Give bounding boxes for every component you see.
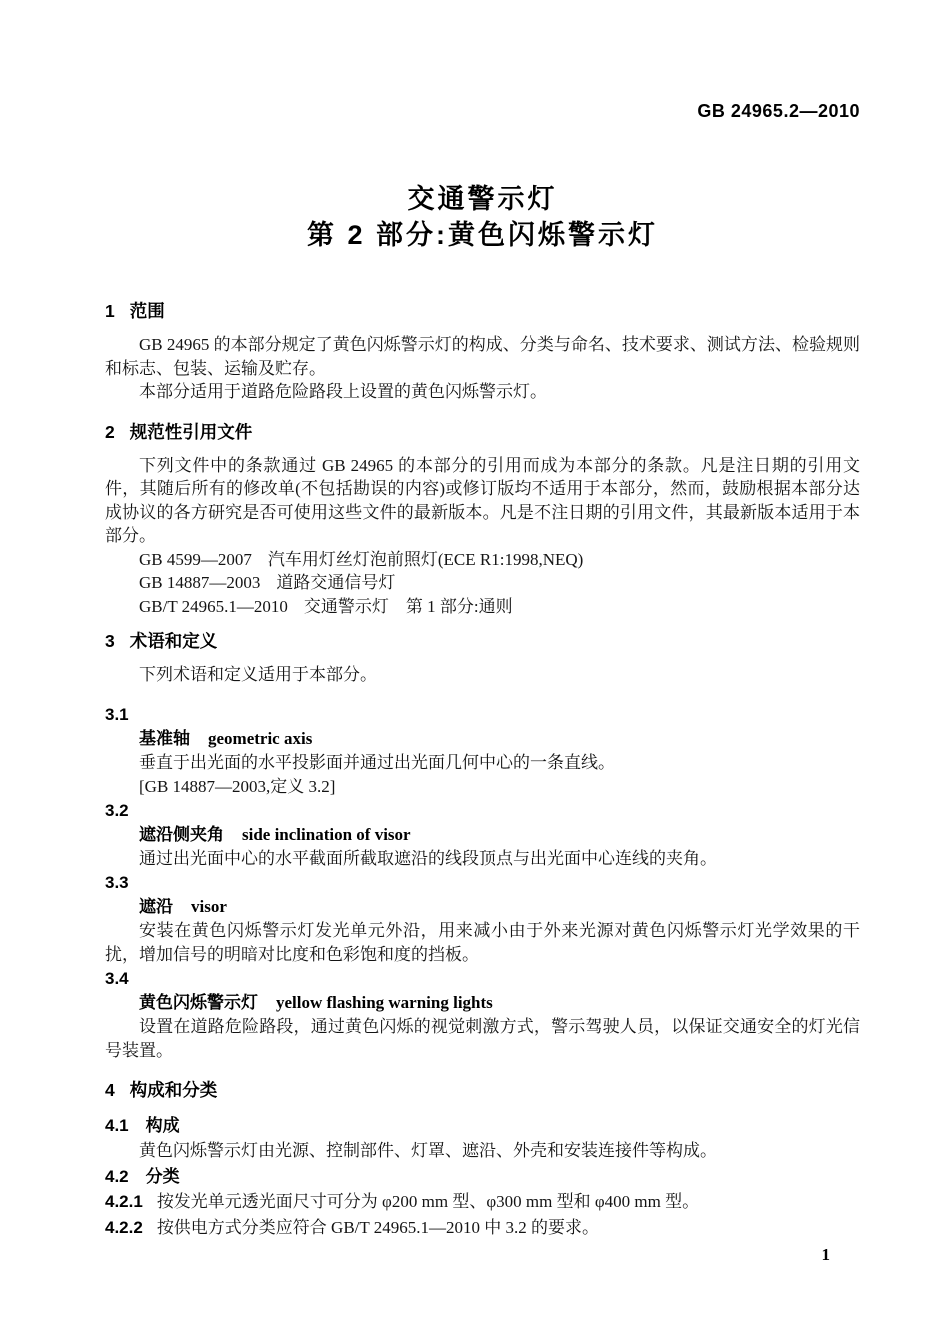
term-source: [GB 14887—2003,定义 3.2] xyxy=(105,775,860,799)
section-1-title: 范围 xyxy=(130,301,165,321)
term-line: 遮沿侧夹角side inclination of visor xyxy=(105,823,860,847)
subsection-4-1-number: 4.1 xyxy=(105,1116,129,1135)
reference-name: 交通警示灯 第 1 部分:通则 xyxy=(304,597,513,616)
section-3-intro: 下列术语和定义适用于本部分。 xyxy=(105,663,860,687)
clause-number: 4.2.1 xyxy=(105,1192,143,1211)
term-english: visor xyxy=(191,897,227,916)
term-line: 遮沿visor xyxy=(105,895,860,919)
term-number: 3.4 xyxy=(105,967,860,991)
clause-number: 4.2.2 xyxy=(105,1218,143,1237)
term-line: 基准轴geometric axis xyxy=(105,727,860,751)
term-definition: 设置在道路危险路段，通过黄色闪烁的视觉刺激方式，警示驾驶人员，以保证交通安全的灯… xyxy=(105,1015,860,1063)
section-2-heading: 2规范性引用文件 xyxy=(105,421,860,443)
reference-name: 道路交通信号灯 xyxy=(276,573,395,592)
term-definition: 安装在黄色闪烁警示灯发光单元外沿，用来减小由于外来光源对黄色闪烁警示灯光学效果的… xyxy=(105,919,860,967)
term-line: 黄色闪烁警示灯yellow flashing warning lights xyxy=(105,991,860,1015)
section-2-number: 2 xyxy=(105,422,115,442)
section-3-number: 3 xyxy=(105,631,115,651)
normative-reference-item: GB 14887—2003道路交通信号灯 xyxy=(105,571,860,595)
reference-code: GB/T 24965.1—2010 xyxy=(139,597,288,616)
document-title-line1: 交通警示灯 xyxy=(105,182,860,216)
term-entry-3-3: 3.3 遮沿visor 安装在黄色闪烁警示灯发光单元外沿，用来减小由于外来光源对… xyxy=(105,871,860,967)
term-chinese: 黄色闪烁警示灯 xyxy=(139,993,258,1012)
section-3-heading: 3术语和定义 xyxy=(105,630,860,652)
subsection-4-2-number: 4.2 xyxy=(105,1167,129,1186)
term-english: yellow flashing warning lights xyxy=(276,993,493,1012)
term-definition: 通过出光面中心的水平截面所截取遮沿的线段顶点与出光面中心连线的夹角。 xyxy=(105,847,860,871)
subsection-4-1-paragraph: 黄色闪烁警示灯由光源、控制部件、灯罩、遮沿、外壳和安装连接件等构成。 xyxy=(105,1139,860,1163)
reference-name: 汽车用灯丝灯泡前照灯(ECE R1:1998,NEQ) xyxy=(268,550,583,569)
standard-document-page: GB 24965.2—2010 交通警示灯 第 2 部分:黄色闪烁警示灯 1范围… xyxy=(0,0,950,1344)
page-number: 1 xyxy=(105,1243,860,1266)
section-1-paragraph-2: 本部分适用于道路危险路段上设置的黄色闪烁警示灯。 xyxy=(105,380,860,404)
term-entry-3-4: 3.4 黄色闪烁警示灯yellow flashing warning light… xyxy=(105,967,860,1063)
clause-4-2-2: 4.2.2按供电方式分类应符合 GB/T 24965.1—2010 中 3.2 … xyxy=(105,1216,860,1240)
term-chinese: 遮沿侧夹角 xyxy=(139,825,224,844)
clause-text: 按供电方式分类应符合 GB/T 24965.1—2010 中 3.2 的要求。 xyxy=(157,1218,599,1237)
term-number: 3.2 xyxy=(105,799,860,823)
section-1-paragraph-1: GB 24965 的本部分规定了黄色闪烁警示灯的构成、分类与命名、技术要求、测试… xyxy=(105,333,860,380)
clause-text: 按发光单元透光面尺寸可分为 φ200 mm 型、φ300 mm 型和 φ400 … xyxy=(157,1192,699,1211)
normative-reference-item: GB/T 24965.1—2010交通警示灯 第 1 部分:通则 xyxy=(105,595,860,619)
section-4-title: 构成和分类 xyxy=(130,1080,218,1100)
term-definition: 垂直于出光面的水平投影面并通过出光面几何中心的一条直线。 xyxy=(105,751,860,775)
section-1-number: 1 xyxy=(105,301,115,321)
term-english: side inclination of visor xyxy=(242,825,411,844)
section-2-title: 规范性引用文件 xyxy=(130,422,253,442)
normative-reference-item: GB 4599—2007汽车用灯丝灯泡前照灯(ECE R1:1998,NEQ) xyxy=(105,548,860,572)
term-entry-3-2: 3.2 遮沿侧夹角side inclination of visor 通过出光面… xyxy=(105,799,860,871)
term-number: 3.1 xyxy=(105,703,860,727)
subsection-4-2-title: 分类 xyxy=(146,1167,180,1186)
reference-code: GB 4599—2007 xyxy=(139,550,252,569)
terms-and-definitions-list: 3.1 基准轴geometric axis 垂直于出光面的水平投影面并通过出光面… xyxy=(105,703,860,1063)
section-3-title: 术语和定义 xyxy=(130,631,218,651)
page-content: GB 24965.2—2010 交通警示灯 第 2 部分:黄色闪烁警示灯 1范围… xyxy=(105,0,860,1266)
term-entry-3-1: 3.1 基准轴geometric axis 垂直于出光面的水平投影面并通过出光面… xyxy=(105,703,860,799)
standard-number: GB 24965.2—2010 xyxy=(105,0,860,122)
term-chinese: 遮沿 xyxy=(139,897,173,916)
section-4-number: 4 xyxy=(105,1080,115,1100)
document-title-line2: 第 2 部分:黄色闪烁警示灯 xyxy=(105,218,860,252)
section-1-heading: 1范围 xyxy=(105,300,860,322)
term-number: 3.3 xyxy=(105,871,860,895)
subsection-4-1-heading: 4.1构成 xyxy=(105,1114,860,1137)
section-4-heading: 4构成和分类 xyxy=(105,1079,860,1101)
subsection-4-1-title: 构成 xyxy=(146,1116,180,1135)
reference-code: GB 14887—2003 xyxy=(139,573,260,592)
section-2-paragraph-1: 下列文件中的条款通过 GB 24965 的本部分的引用而成为本部分的条款。凡是注… xyxy=(105,454,860,548)
subsection-4-2-heading: 4.2分类 xyxy=(105,1165,860,1188)
clause-4-2-1: 4.2.1按发光单元透光面尺寸可分为 φ200 mm 型、φ300 mm 型和 … xyxy=(105,1190,860,1214)
term-english: geometric axis xyxy=(208,729,312,748)
term-chinese: 基准轴 xyxy=(139,729,190,748)
